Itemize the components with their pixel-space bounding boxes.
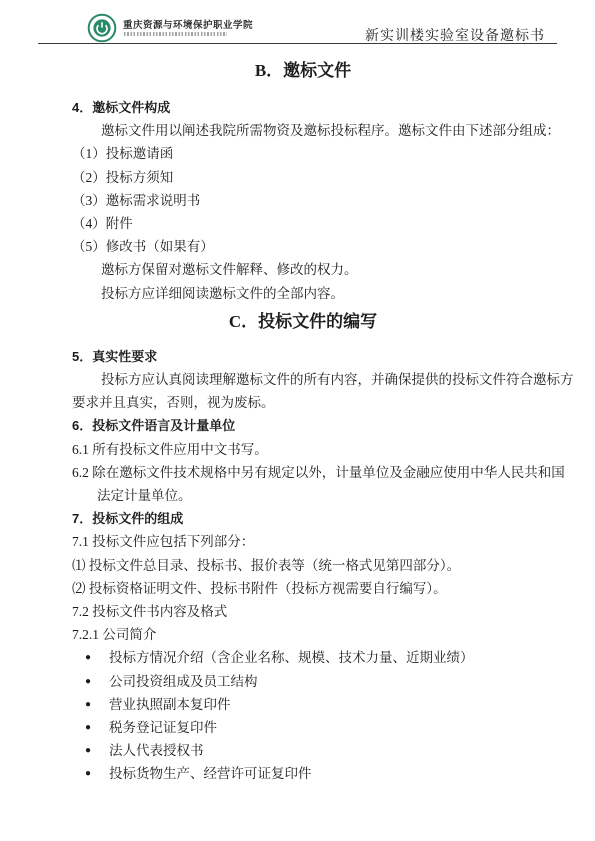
bullet-item: ● 投标方情况介绍（含企业名称、规模、技术力量、近期业绩） [72, 646, 534, 669]
bullet-icon: ● [72, 739, 109, 762]
header-rule [38, 43, 557, 44]
bullet-text: 公司投资组成及员工结构 [109, 670, 258, 693]
college-logo-icon [87, 13, 117, 43]
list-item: （3）邀标需求说明书 [72, 189, 534, 212]
clause-6-2-line2: 法定计量单位。 [72, 484, 534, 507]
heading-4: 4．邀标文件构成 [72, 96, 534, 119]
header-doc-title: 新实训楼实验室设备邀标书 [365, 25, 545, 45]
list-item: （5）修改书（如果有） [72, 235, 534, 258]
bullet-item: ● 法人代表授权书 [72, 739, 534, 762]
clause-7-1-item: ⑴ 投标文件总目录、投标书、报价表等（统一格式见第四部分）。 [72, 554, 534, 577]
bullet-icon: ● [72, 762, 109, 785]
college-name: 重庆资源与环境保护职业学院 [123, 17, 253, 31]
heading-7: 7．投标文件的组成 [72, 507, 534, 530]
bullet-icon: ● [72, 693, 109, 716]
clause-7-2-1: 7.2.1 公司简介 [72, 623, 534, 646]
bullet-item: ● 公司投资组成及员工结构 [72, 670, 534, 693]
paragraph-4-note1: 邀标方保留对邀标文件解释、修改的权力。 [72, 258, 534, 281]
clause-7-1-item: ⑵ 投标资格证明文件、投标书附件（投标方视需要自行编写）。 [72, 577, 534, 600]
bullet-item: ● 税务登记证复印件 [72, 716, 534, 739]
paragraph-5-line2: 要求并且真实，否则，视为废标。 [72, 391, 534, 414]
bullet-icon: ● [72, 716, 109, 739]
list-item: （1）投标邀请函 [72, 142, 534, 165]
college-english-subtext [124, 32, 227, 36]
heading-5: 5．真实性要求 [72, 345, 534, 368]
paragraph-4-intro: 邀标文件用以阐述我院所需物资及邀标投标程序。邀标文件由下述部分组成： [72, 119, 534, 142]
bullet-text: 投标货物生产、经营许可证复印件 [109, 762, 312, 785]
clause-6-2-line1: 6.2 除在邀标文件技术规格中另有规定以外，计量单位及金融应使用中华人民共和国 [72, 461, 534, 484]
document-page: 重庆资源与环境保护职业学院 新实训楼实验室设备邀标书 B．邀标文件 4．邀标文件… [0, 0, 595, 841]
bullet-icon: ● [72, 646, 109, 669]
list-item: （2）投标方须知 [72, 166, 534, 189]
paragraph-4-note2: 投标方应详细阅读邀标文件的全部内容。 [72, 282, 534, 305]
section-b-title: B．邀标文件 [72, 56, 534, 86]
clause-7-2: 7.2 投标文件书内容及格式 [72, 600, 534, 623]
paragraph-5-line1: 投标方应认真阅读理解邀标文件的所有内容，并确保提供的投标文件符合邀标方 [72, 368, 534, 391]
bullet-text: 营业执照副本复印件 [109, 693, 231, 716]
bullet-text: 法人代表授权书 [109, 739, 204, 762]
bullet-text: 税务登记证复印件 [109, 716, 217, 739]
bullet-item: ● 营业执照副本复印件 [72, 693, 534, 716]
document-body: B．邀标文件 4．邀标文件构成 邀标文件用以阐述我院所需物资及邀标投标程序。邀标… [72, 56, 534, 786]
list-item: （4）附件 [72, 212, 534, 235]
section-c-title: C．投标文件的编写 [72, 307, 534, 337]
bullet-icon: ● [72, 670, 109, 693]
bullet-text: 投标方情况介绍（含企业名称、规模、技术力量、近期业绩） [109, 646, 474, 669]
heading-6: 6．投标文件语言及计量单位 [72, 414, 534, 437]
bullet-item: ● 投标货物生产、经营许可证复印件 [72, 762, 534, 785]
clause-7-1: 7.1 投标文件应包括下列部分： [72, 530, 534, 553]
clause-6-1: 6.1 所有投标文件应用中文书写。 [72, 438, 534, 461]
